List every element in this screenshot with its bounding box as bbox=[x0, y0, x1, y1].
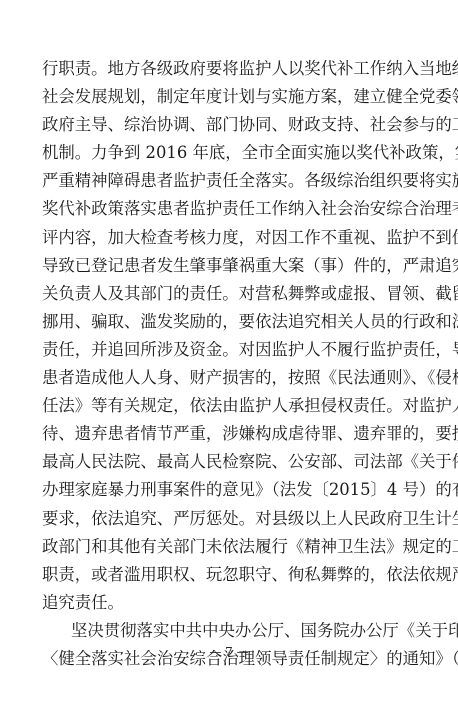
page-number: — 7 — bbox=[0, 643, 458, 661]
text-line: 挪用、骗取、滥发奖励的，要依法追究相关人员的行政和法律 bbox=[42, 308, 418, 336]
paragraph-1: 行职责。地方各级政府要将监护人以奖代补工作纳入当地经济 社会发展规划，制定年度计… bbox=[42, 55, 418, 617]
body-text: 行职责。地方各级政府要将监护人以奖代补工作纳入当地经济 社会发展规划，制定年度计… bbox=[42, 55, 418, 673]
text-line: 社会发展规划，制定年度计划与实施方案，建立健全党委领导、 bbox=[42, 83, 418, 111]
text-line: 政府主导、综治协调、部门协同、财政支持、社会参与的工作 bbox=[42, 111, 418, 139]
text-line: 责任，并追回所涉及资金。对因监护人不履行监护责任，导致 bbox=[42, 336, 418, 364]
text-line: 办理家庭暴力刑事案件的意见》（法发〔2015〕4 号）的有关 bbox=[42, 476, 418, 504]
text-line: 任法》等有关规定，依法由监护人承担侵权责任。对监护人虐 bbox=[42, 392, 418, 420]
text-line: 追究责任。 bbox=[42, 589, 418, 617]
text-line: 奖代补政策落实患者监护责任工作纳入社会治安综合治理考 bbox=[42, 195, 418, 223]
text-line: 最高人民法院、最高人民检察院、公安部、司法部《关于依法 bbox=[42, 448, 418, 476]
text-line: 坚决贯彻落实中共中央办公厅、国务院办公厅《关于印发 bbox=[42, 617, 418, 645]
text-line: 待、遗弃患者情节严重，涉嫌构成虐待罪、遗弃罪的，要按照 bbox=[42, 420, 418, 448]
text-line: 关负责人及其部门的责任。对营私舞弊或虚报、冒领、截留、 bbox=[42, 280, 418, 308]
text-line: 评内容，加大检查考核力度，对因工作不重视、监护不到位， bbox=[42, 224, 418, 252]
text-line: 要求，依法追究、严厉惩处。对县级以上人民政府卫生计生行 bbox=[42, 505, 418, 533]
document-page: 行职责。地方各级政府要将监护人以奖代补工作纳入当地经济 社会发展规划，制定年度计… bbox=[0, 0, 458, 702]
text-line: 机制。力争到 2016 年底，全市全面实施以奖代补政策，实现 bbox=[42, 139, 418, 167]
text-line: 行职责。地方各级政府要将监护人以奖代补工作纳入当地经济 bbox=[42, 55, 418, 83]
text-line: 职责，或者滥用职权、玩忽职守、徇私舞弊的，依法依规严肃 bbox=[42, 561, 418, 589]
text-line: 政部门和其他有关部门未依法履行《精神卫生法》规定的工作 bbox=[42, 533, 418, 561]
text-line: 导致已登记患者发生肇事肇祸重大案（事）件的，严肃追究相 bbox=[42, 252, 418, 280]
text-line: 患者造成他人人身、财产损害的，按照《民法通则》、《侵权责 bbox=[42, 364, 418, 392]
text-line: 严重精神障碍患者监护责任全落实。各级综治组织要将实施以 bbox=[42, 167, 418, 195]
